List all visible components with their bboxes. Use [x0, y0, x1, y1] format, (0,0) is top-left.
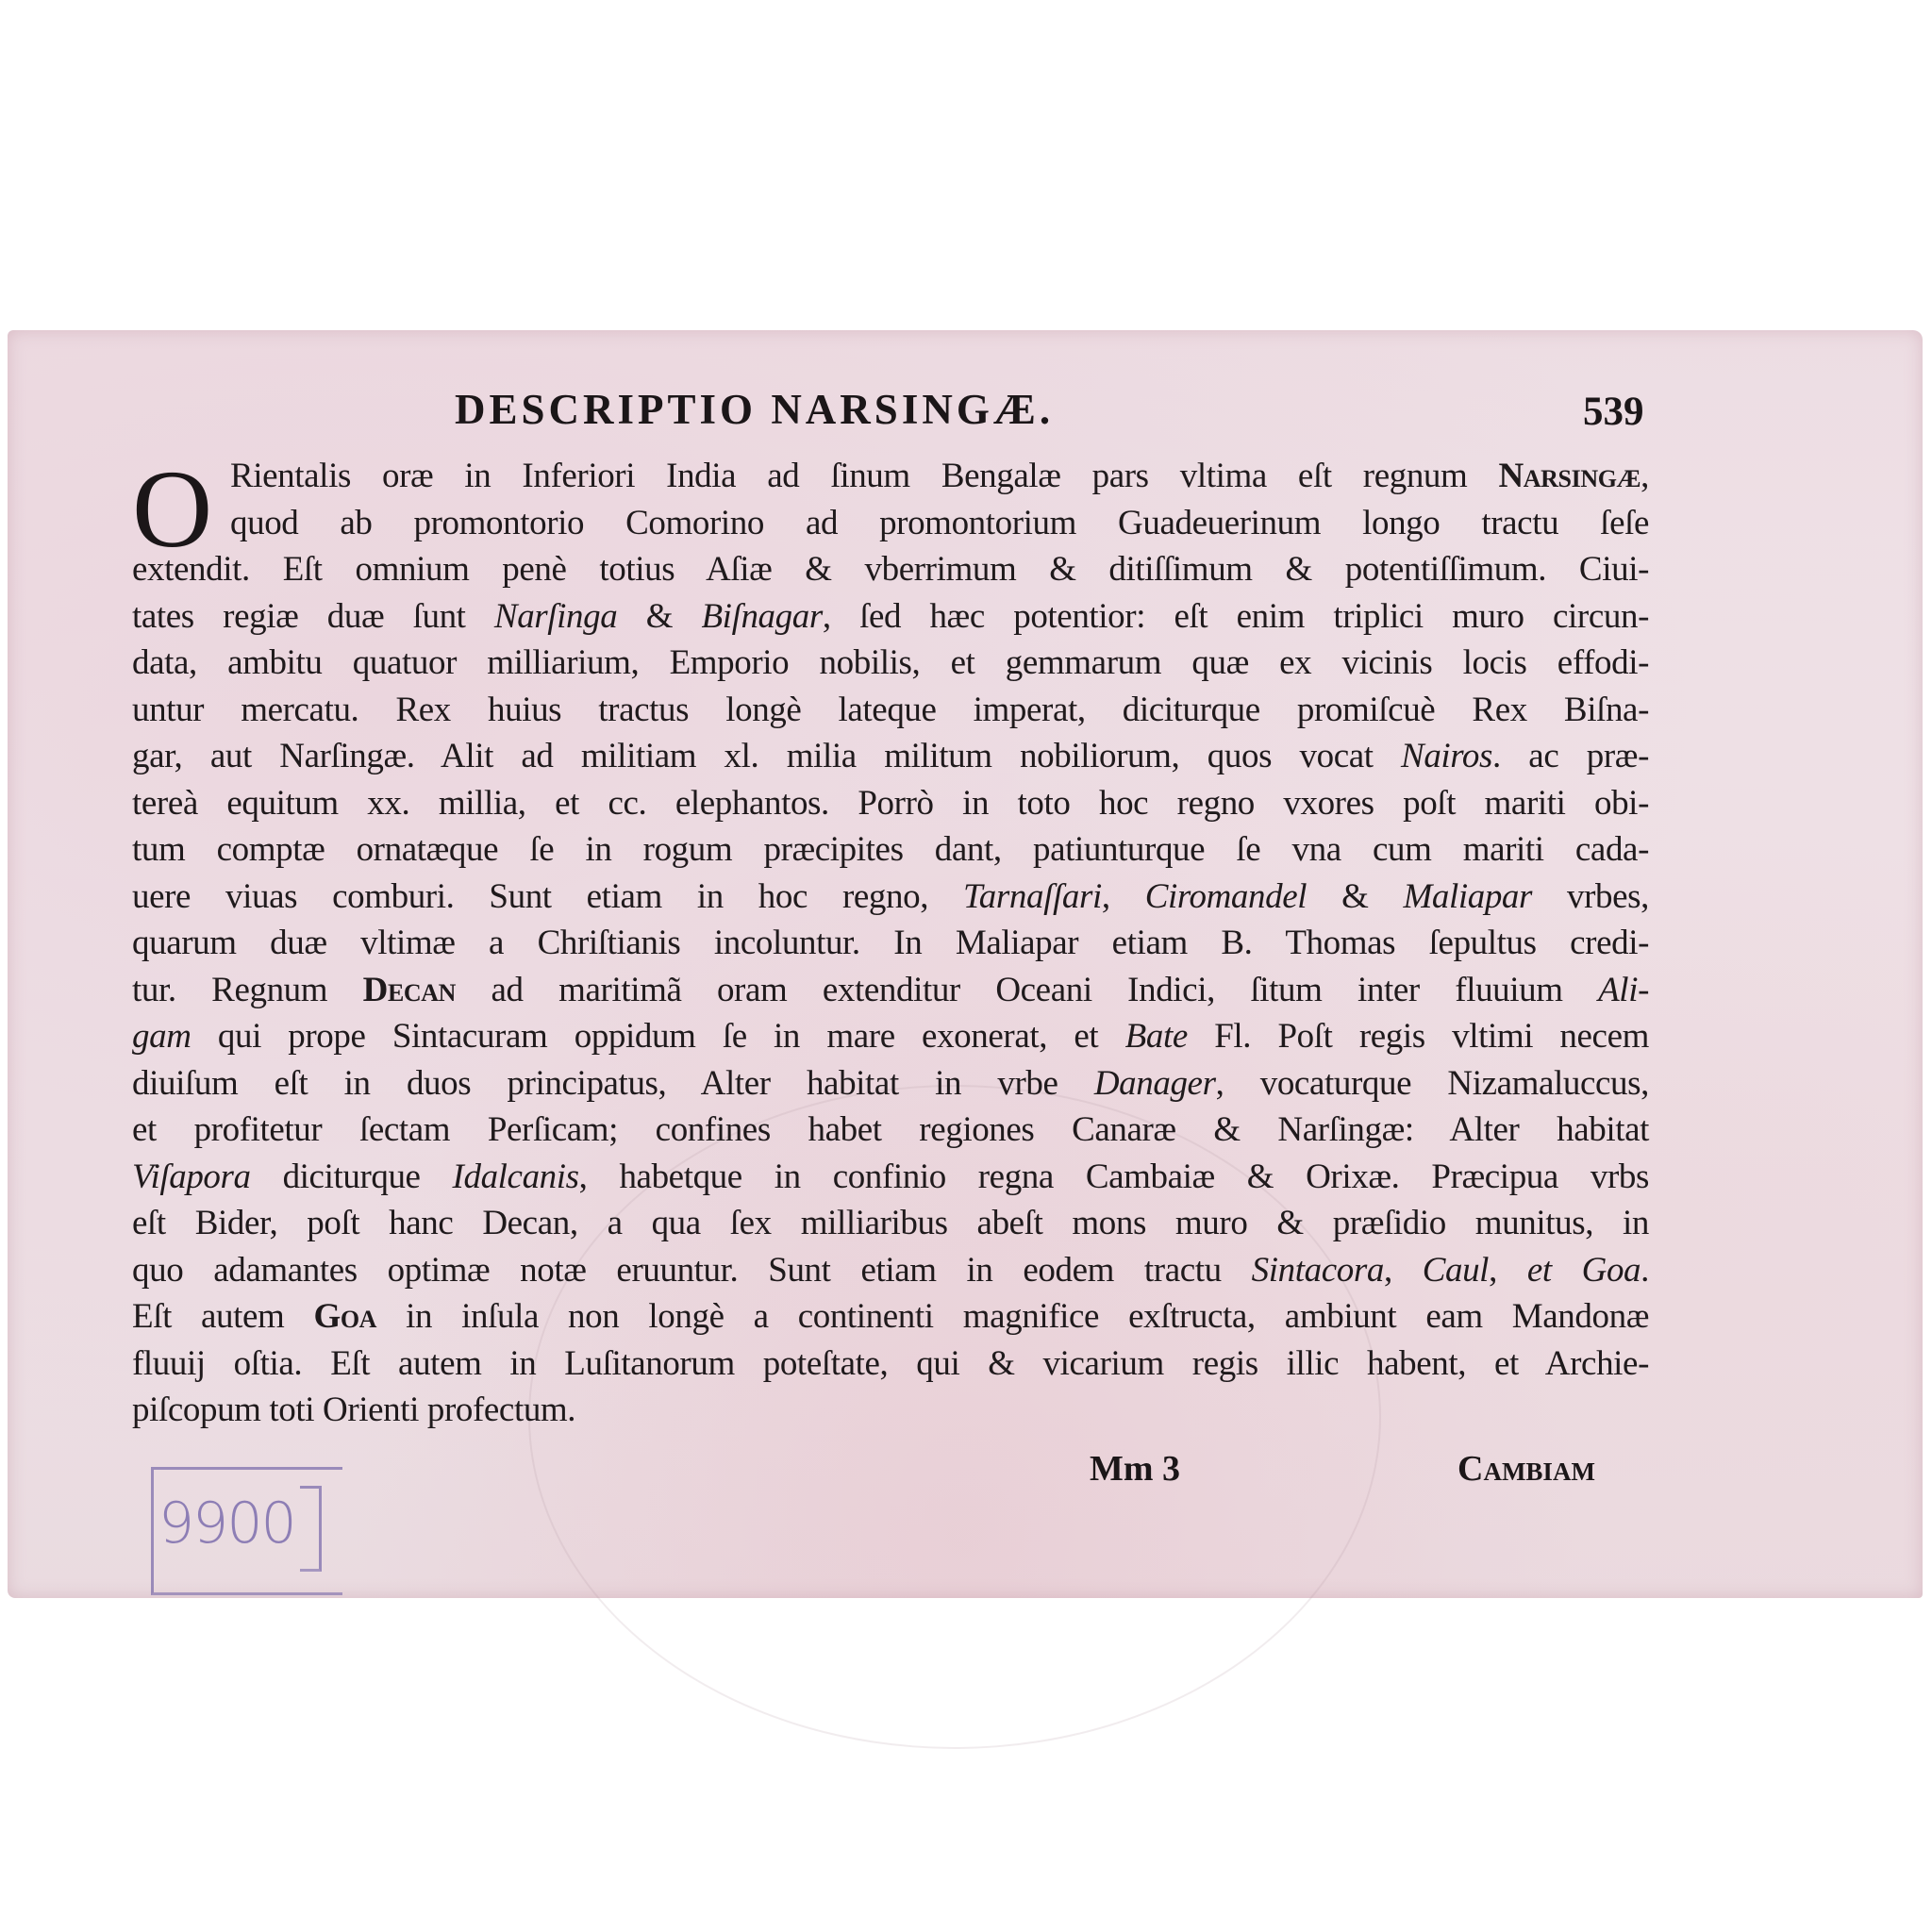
italic-name: et Goa	[1527, 1251, 1641, 1290]
page-number: 539	[1583, 389, 1644, 435]
text-segment: tates regiæ duæ ſunt	[132, 597, 494, 636]
text-line: untur mercatu. Rex huius tractus longè l…	[132, 687, 1649, 734]
text-segment: ,	[1384, 1251, 1423, 1290]
signature-mark: Mm 3	[1090, 1448, 1180, 1490]
text-line: tates regiæ duæ ſunt Narſinga & Biſnagar…	[132, 593, 1649, 641]
text-segment: qui prope Sintacuram oppidum ſe in mare …	[192, 1017, 1125, 1056]
text-segment: uere viuas comburi. Sunt etiam in hoc re…	[132, 877, 963, 916]
catchword: Cambiam	[1457, 1448, 1595, 1490]
text-segment: piſcopum toti Orienti profectum.	[132, 1391, 575, 1429]
text-segment: et profitetur ſectam Perſicam; confines …	[132, 1110, 1649, 1149]
small-caps-name: Decan	[363, 971, 456, 1009]
text-segment: .	[1641, 1251, 1649, 1290]
text-line: quod ab promontorio Comorino ad promonto…	[132, 500, 1649, 547]
text-segment: quod ab promontorio Comorino ad promonto…	[230, 504, 1649, 542]
page-header-title: DESCRIPTIO NARSINGÆ.	[455, 385, 1054, 434]
text-line: tereà equitum xx. millia, et cc. elephan…	[132, 780, 1649, 827]
text-line: quarum duæ vltimæ a Chriſtianis incolunt…	[132, 920, 1649, 967]
italic-name: Idalcanis	[453, 1158, 579, 1196]
italic-name: Tarnaſſari	[963, 877, 1102, 916]
text-line: Viſapora diciturque Idalcanis, habetque …	[132, 1154, 1649, 1201]
text-segment: untur mercatu. Rex huius tractus longè l…	[132, 691, 1649, 729]
italic-name: Narſinga	[494, 597, 617, 636]
text-segment: diuiſum eſt in duos principatus, Alter h…	[132, 1064, 1094, 1103]
text-segment: eſt Bider, poſt hanc Decan, a qua ſex mi…	[132, 1204, 1649, 1242]
text-line: extendit. Eſt omnium penè totius Aſiæ & …	[132, 546, 1649, 593]
text-segment: , ſed hæc potentior: eſt enim triplici m…	[823, 597, 1649, 636]
pencil-annotation: 9900	[158, 1491, 295, 1557]
text-segment: fluuij oſtia. Eſt autem in Luſitanorum p…	[132, 1344, 1649, 1383]
text-segment: , habetque in confinio regna Cambaiæ & O…	[579, 1158, 1649, 1196]
text-segment: &	[617, 597, 701, 636]
text-segment: ,	[1489, 1251, 1527, 1290]
italic-name: Sintacora	[1252, 1251, 1384, 1290]
text-segment: gar, aut Narſingæ. Alit ad militiam xl. …	[132, 737, 1401, 775]
text-segment: tur. Regnum	[132, 971, 363, 1009]
text-segment: ,	[1102, 877, 1145, 916]
text-line: fluuij oſtia. Eſt autem in Luſitanorum p…	[132, 1341, 1649, 1388]
text-line: eſt Bider, poſt hanc Decan, a qua ſex mi…	[132, 1200, 1649, 1247]
text-segment: quarum duæ vltimæ a Chriſtianis incolunt…	[132, 924, 1649, 962]
pencil-annotation-bracket-right	[300, 1486, 322, 1572]
italic-name: Maliapar	[1403, 877, 1532, 916]
italic-name: Bate	[1125, 1017, 1188, 1056]
text-line: tum comptæ ornatæque ſe in rogum præcipi…	[132, 826, 1649, 874]
text-segment: ,	[1641, 457, 1649, 495]
text-line: diuiſum eſt in duos principatus, Alter h…	[132, 1060, 1649, 1108]
text-line: gam qui prope Sintacuram oppidum ſe in m…	[132, 1013, 1649, 1060]
text-line: Rientalis oræ in Inferiori India ad ſinu…	[132, 453, 1649, 500]
text-line: Eſt autem Goa in inſula non longè a cont…	[132, 1293, 1649, 1341]
italic-name: gam	[132, 1017, 192, 1056]
text-line: et profitetur ſectam Perſicam; confines …	[132, 1107, 1649, 1154]
text-segment: quo adamantes optimæ notæ eruuntur. Sunt…	[132, 1251, 1252, 1290]
italic-name: Ciromandel	[1145, 877, 1307, 916]
text-segment: , vocaturque Nizamaluccus,	[1216, 1064, 1649, 1103]
italic-name: Biſnagar	[701, 597, 822, 636]
text-segment: &	[1307, 877, 1403, 916]
text-line: quo adamantes optimæ notæ eruuntur. Sunt…	[132, 1247, 1649, 1294]
text-line: data, ambitu quatuor milliarium, Emporio…	[132, 640, 1649, 687]
small-caps-name: Narsingæ	[1498, 457, 1641, 495]
text-line: uere viuas comburi. Sunt etiam in hoc re…	[132, 874, 1649, 921]
text-segment: Fl. Poſt regis vltimi necem	[1188, 1017, 1649, 1056]
text-segment: Rientalis oræ in Inferiori India ad ſinu…	[230, 457, 1498, 495]
italic-name: Danager	[1094, 1064, 1216, 1103]
text-segment: tum comptæ ornatæque ſe in rogum præcipi…	[132, 830, 1649, 869]
body-text: Rientalis oræ in Inferiori India ad ſinu…	[132, 453, 1649, 1434]
italic-name: Nairos	[1401, 737, 1492, 775]
text-segment: data, ambitu quatuor milliarium, Emporio…	[132, 643, 1649, 682]
text-segment: diciturque	[251, 1158, 453, 1196]
text-segment: vrbes,	[1532, 877, 1649, 916]
text-line: gar, aut Narſingæ. Alit ad militiam xl. …	[132, 733, 1649, 780]
text-segment: . ac præ-	[1492, 737, 1649, 775]
italic-name: Viſapora	[132, 1158, 251, 1196]
text-line: piſcopum toti Orienti profectum.	[132, 1387, 1649, 1434]
italic-name: Caul	[1423, 1251, 1489, 1290]
text-line: tur. Regnum Decan ad maritimã oram exten…	[132, 967, 1649, 1014]
italic-name: Ali-	[1598, 971, 1649, 1009]
text-segment: ad maritimã oram extenditur Oceani Indic…	[456, 971, 1598, 1009]
text-segment: extendit. Eſt omnium penè totius Aſiæ & …	[132, 550, 1649, 589]
text-segment: in inſula non longè a continenti magnifi…	[376, 1297, 1649, 1336]
text-segment: Eſt autem	[132, 1297, 313, 1336]
text-segment: tereà equitum xx. millia, et cc. elephan…	[132, 784, 1649, 823]
small-caps-name: Goa	[313, 1297, 376, 1336]
